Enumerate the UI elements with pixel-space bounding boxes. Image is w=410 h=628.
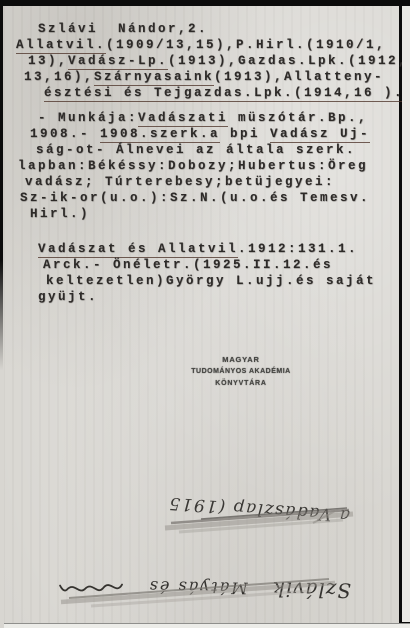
typed-line: keltezetlen)György L.ujj.és saját (46, 273, 398, 289)
handwritten-note-lower-text: Mátyás és (148, 578, 248, 599)
typed-text: 1908.- (30, 127, 100, 141)
typed-text: 13,16), (24, 70, 94, 84)
typed-text: müszótár.Bp., (228, 111, 368, 125)
typed-text: 13), (28, 54, 68, 68)
typed-line: észtési és Tejgazdas.Lpk.(1914,16 ). (44, 85, 398, 101)
scanned-card: Szlávi Nándor,2.Allatvil.(1909/13,15),P.… (0, 0, 410, 628)
typed-line: ság-ot- Álnevei az általa szerk. (36, 142, 398, 158)
typed-line: Sz-ik-or(u.o.):Sz.N.(u.o.és Temesv. (20, 190, 398, 206)
typed-text: keltezetlen)György L.ujj.és saját (46, 274, 376, 288)
stamp-line-1: MAGYAR (181, 355, 301, 364)
typewritten-text: Szlávi Nándor,2.Allatvil.(1909/13,15),P.… (16, 21, 398, 305)
underlined-text: Vadászati (138, 111, 228, 127)
typed-line: vadász; Túrterebesy;betüjegyei: (25, 174, 398, 190)
typed-text: Szlávi Nándor,2. (38, 22, 208, 36)
underlined-text: Szárnyasaink (94, 70, 214, 86)
underlined-text: Vadász Uj- (270, 127, 370, 143)
typed-text: bpi (220, 127, 270, 141)
handwritten-note-upper: a Vadászlap (1915 (166, 486, 352, 533)
scan-bottom-edge (0, 623, 410, 628)
typed-text: .1912:131.1. (238, 242, 358, 256)
library-stamp: MAGYAR TUDOMÁNYOS AKADÉMIA KÖNYVTÁRA (181, 355, 301, 388)
underlined-text: Allatvil. (16, 38, 106, 54)
typed-line: Vadászat és Allatvil.1912:131.1. (38, 241, 398, 257)
underlined-text: 1908.szerk.a (100, 127, 220, 143)
typed-line: Arck.- Önéletr.(1925.II.12.és (43, 257, 398, 273)
typed-line: Allatvil.(1909/13,15),P.Hirl.(1910/1, (16, 37, 398, 53)
typed-line: 13,16),Szárnyasaink(1913),Allatteny- (24, 69, 398, 85)
typed-text: - Munkája: (38, 111, 138, 125)
typed-line: 13),Vadász-Lp.(1913),Gazdas.Lpk.(1912, (28, 53, 398, 69)
scan-right-edge (402, 6, 410, 622)
typed-text: Sz-ik-or(u.o.):Sz.N.(u.o.és Temesv. (20, 191, 370, 205)
typed-line: - Munkája:Vadászati müszótár.Bp., (38, 110, 398, 126)
typed-line: gyüjt. (38, 289, 398, 305)
handwriting-flourish (58, 574, 124, 597)
typed-text: Hirl.) (30, 207, 90, 221)
card-paper: Szlávi Nándor,2.Allatvil.(1909/13,15),P.… (3, 6, 399, 623)
typed-text: ság-ot- Álnevei az általa szerk. (36, 143, 356, 157)
typed-line: lapban:Békéssy:Dobozy;Hubertus:Öreg (18, 158, 398, 174)
typed-text: Arck.- Önéletr.(1925.II.12.és (43, 258, 333, 272)
typed-text: gyüjt. (38, 290, 98, 304)
typed-line: 1908.- 1908.szerk.a bpi Vadász Uj- (30, 126, 398, 142)
scan-left-edge-fade (0, 260, 4, 628)
typed-line: Szlávi Nándor,2. (38, 21, 398, 37)
typed-text: (1913),Allatteny- (214, 70, 384, 84)
underlined-text: Vadász-Lp. (68, 54, 168, 70)
stamp-line-3: KÖNYVTÁRA (181, 379, 301, 388)
typed-line: Hirl.) (30, 206, 398, 222)
handwritten-name: Szlávik (271, 577, 351, 602)
handwritten-note-lower: Szlávik Mátyás és (55, 563, 352, 612)
stamp-line-2: TUDOMÁNYOS AKADÉMIA (181, 367, 301, 376)
underlined-text: észtési és Tejgazdas.Lpk.(1914,16 ). (44, 86, 404, 102)
handwritten-note-upper-text: a Vadászlap (1915 (167, 493, 350, 526)
typed-text: (1909/13,15),P.Hirl.(1910/1, (106, 38, 386, 52)
typed-text: vadász; Túrterebesy;betüjegyei: (25, 175, 335, 189)
underlined-text: Vadászat és Allatvil (38, 242, 238, 258)
typed-text: lapban:Békéssy:Dobozy;Hubertus:Öreg (18, 159, 368, 173)
typed-text: (1913),Gazdas.Lpk.(1912, (168, 54, 408, 68)
